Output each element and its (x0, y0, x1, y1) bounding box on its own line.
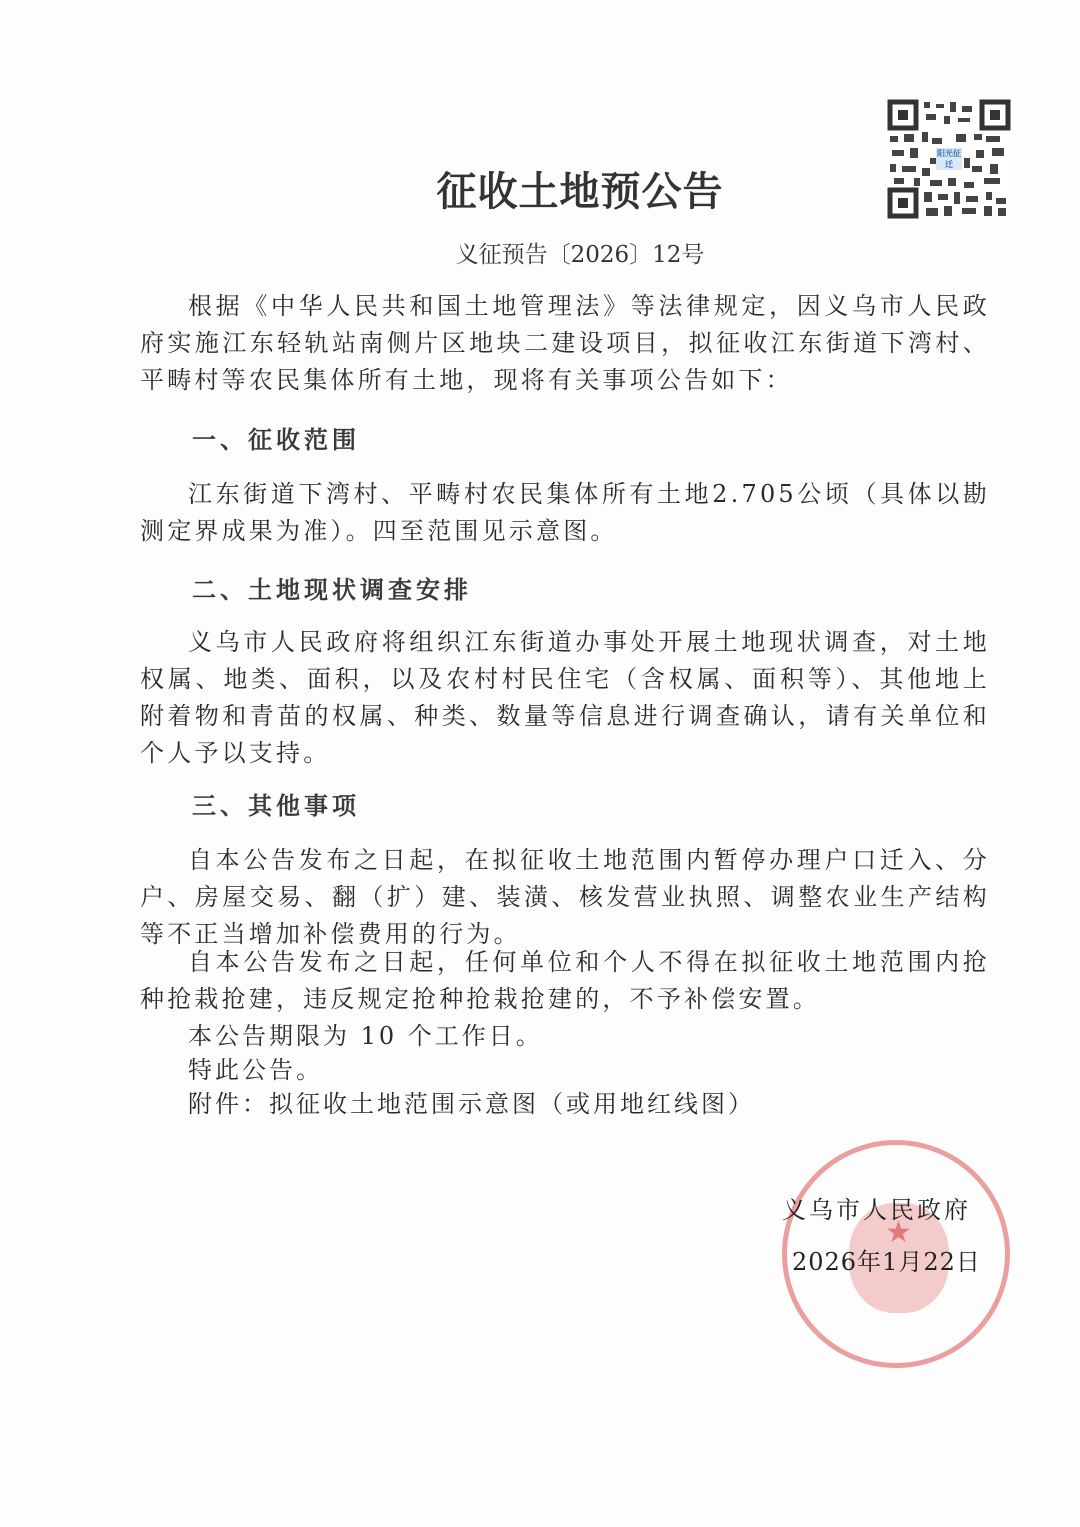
closing-text: 特此公告。 (188, 1050, 323, 1085)
signature-date: 2026年1月22日 (792, 1242, 981, 1277)
section-heading-survey: 二、土地现状调查安排 (192, 570, 472, 605)
document-page: 阳光征迁 征收土地预公告 义征预告〔2026〕12号 根据《中华人民共和国土地管… (0, 0, 1080, 1527)
section-heading-scope: 一、征收范围 (192, 420, 360, 455)
document-number: 义征预告〔2026〕12号 (0, 236, 1080, 269)
page-title: 征收土地预公告 (0, 160, 1080, 217)
scope-paragraph: 江东街道下湾村、平畴村农民集体所有土地2.705公顷（具体以勘测定界成果为准）。… (140, 476, 990, 550)
notice-period: 本公告期限为 10 个工作日。 (188, 1016, 543, 1051)
signature-organization: 义乌市人民政府 (782, 1190, 971, 1225)
section-heading-other: 三、其他事项 (192, 786, 360, 821)
attachment-link[interactable]: 附件：拟征收土地范围示意图（或用地红线图） (188, 1084, 755, 1119)
intro-paragraph: 根据《中华人民共和国土地管理法》等法律规定，因义乌市人民政府实施江东轻轨站南侧片… (140, 288, 990, 399)
survey-paragraph: 义乌市人民政府将组织江东街道办事处开展土地现状调查，对土地权属、地类、面积，以及… (140, 624, 990, 772)
other-paragraph-1: 自本公告发布之日起，在拟征收土地范围内暂停办理户口迁入、分户、房屋交易、翻（扩）… (140, 842, 990, 953)
other-paragraph-2: 自本公告发布之日起，任何单位和个人不得在拟征收土地范围内抢种抢栽抢建，违反规定抢… (140, 944, 990, 1018)
